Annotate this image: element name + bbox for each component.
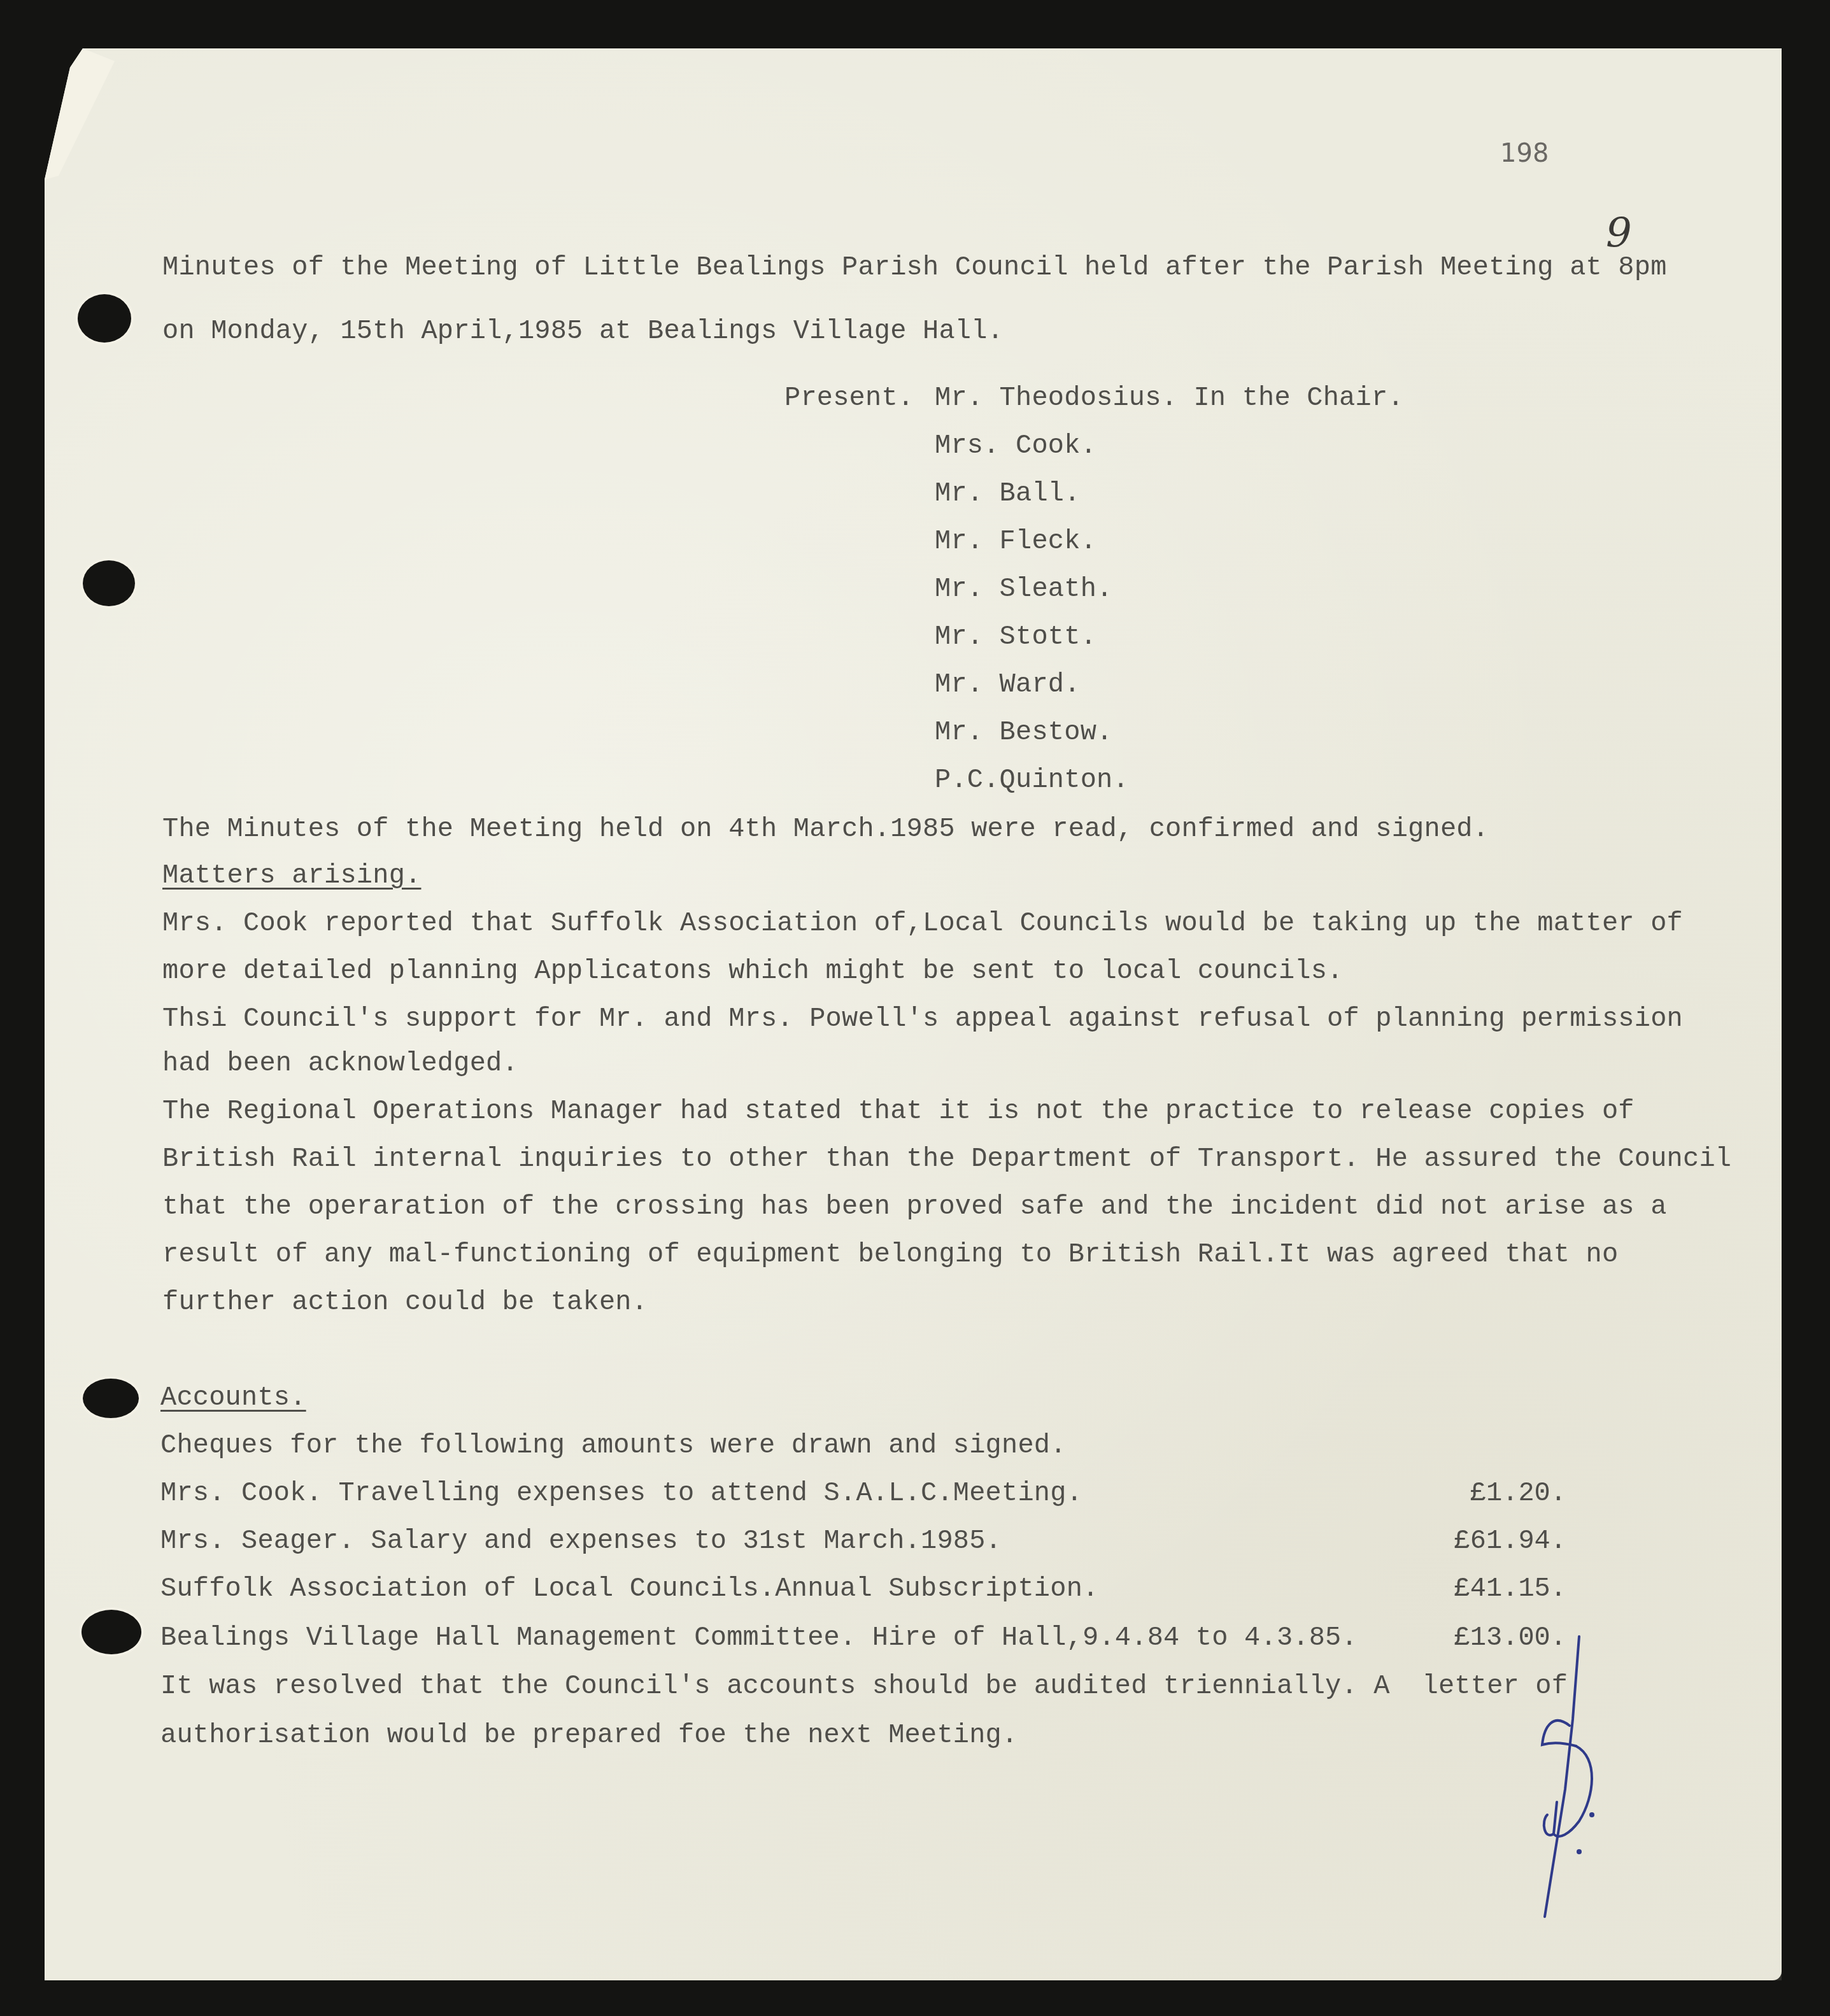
resolution-line: It was resolved that the Council's accou… — [160, 1670, 1568, 1702]
matters-line: further action could be taken. — [162, 1286, 648, 1318]
account-item-description: Bealings Village Hall Management Committ… — [160, 1622, 1358, 1654]
present-member: Mr. Bestow. — [935, 716, 1112, 748]
present-label: Present. — [784, 382, 914, 414]
punch-hole — [78, 294, 131, 343]
title-line-1: Minutes of the Meeting of Little Bealing… — [162, 252, 1667, 283]
handwritten-correction: 9 — [1606, 210, 1632, 257]
matters-line: British Rail internal inquiries to other… — [162, 1143, 1731, 1175]
present-member: Mr. Ward. — [935, 669, 1081, 700]
account-item-amount: £1.20. — [1375, 1477, 1566, 1509]
matters-line: Mrs. Cook reported that Suffolk Associat… — [162, 907, 1683, 939]
account-item-description: Suffolk Association of Local Councils.An… — [160, 1573, 1098, 1605]
present-member: Mr. Ball. — [935, 478, 1081, 509]
punch-hole — [82, 1610, 141, 1654]
present-member: Mrs. Cook. — [935, 430, 1096, 462]
matters-line: more detailed planning Applicatons which… — [162, 955, 1344, 987]
matters-line: The Regional Operations Manager had stat… — [162, 1095, 1635, 1127]
matters-line: Thsi Council's support for Mr. and Mrs. … — [162, 1003, 1683, 1035]
page-number: 198 — [1500, 139, 1549, 168]
present-member: Mr. Sleath. — [935, 573, 1112, 605]
account-item-amount: £41.15. — [1375, 1573, 1566, 1605]
resolution-line: authorisation would be prepared foe the … — [160, 1719, 1018, 1751]
matters-line: that the operaration of the crossing has… — [162, 1191, 1667, 1223]
present-member: P.C.Quinton. — [935, 764, 1129, 796]
account-item-amount: £61.94. — [1375, 1525, 1566, 1557]
present-member: Mr. Stott. — [935, 621, 1096, 653]
matters-line: had been acknowledged. — [162, 1047, 518, 1079]
matters-line: result of any mal-functioning of equipme… — [162, 1239, 1618, 1270]
signature-initials — [1484, 1630, 1630, 1929]
title-line-2: on Monday, 15th April,1985 at Bealings V… — [162, 315, 1004, 347]
account-item-description: Mrs. Seager. Salary and expenses to 31st… — [160, 1525, 1002, 1557]
minutes-confirmed: The Minutes of the Meeting held on 4th M… — [162, 813, 1489, 845]
account-item-description: Mrs. Cook. Travelling expenses to attend… — [160, 1477, 1082, 1509]
punch-hole — [83, 560, 135, 606]
accounts-heading: Accounts. — [160, 1382, 306, 1414]
matters-arising-heading: Matters arising. — [162, 860, 421, 891]
punch-hole — [83, 1379, 139, 1418]
accounts-intro: Cheques for the following amounts were d… — [160, 1430, 1067, 1461]
present-chair: Mr. Theodosius. In the Chair. — [935, 382, 1404, 414]
present-member: Mr. Fleck. — [935, 525, 1096, 557]
